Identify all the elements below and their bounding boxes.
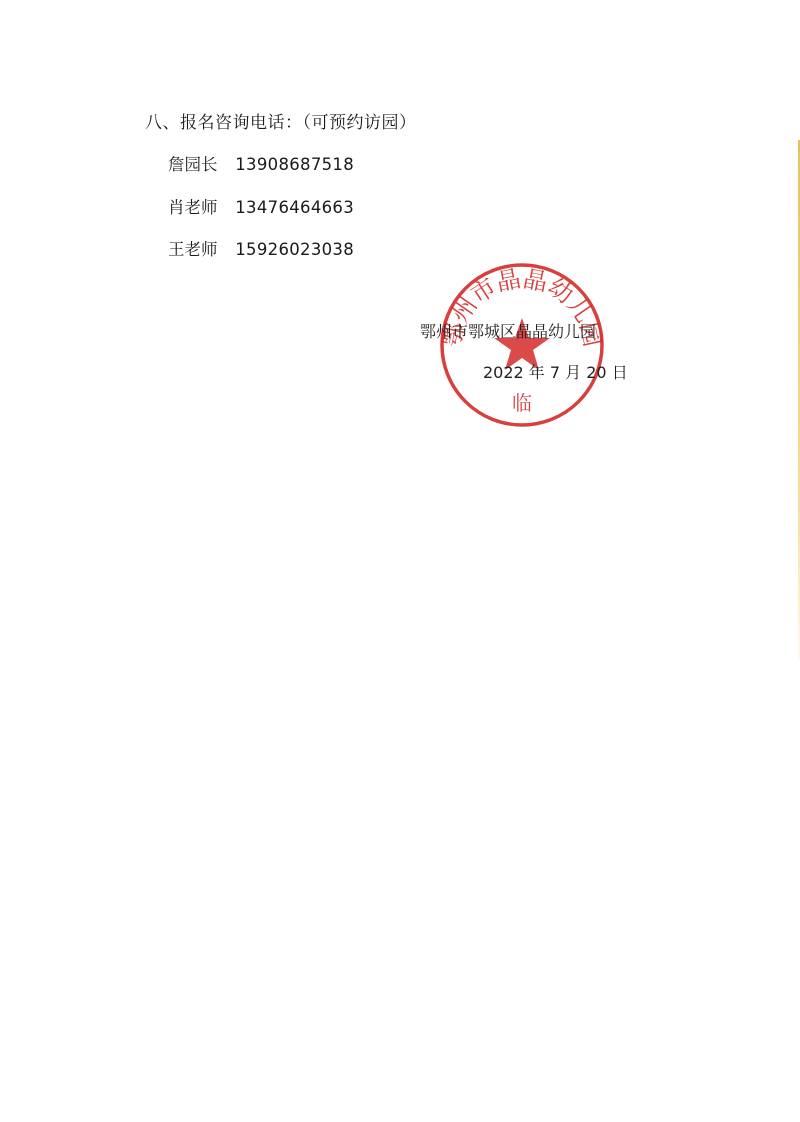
contact-phone[interactable]: 15926023038: [235, 240, 354, 259]
contact-phone[interactable]: 13908687518: [235, 155, 354, 174]
official-seal-stamp: 鄂州市晶晶幼儿园 临: [437, 260, 607, 430]
contact-row: 肖老师 13476464663: [168, 194, 354, 218]
signature-organization: 鄂州市鄂城区晶晶幼儿园: [420, 319, 596, 342]
stamp-bottom-text: 临: [512, 391, 532, 415]
contact-row: 詹园长 13908687518: [168, 151, 354, 175]
contact-name: 肖老师: [168, 194, 230, 218]
contact-phone[interactable]: 13476464663: [235, 198, 354, 217]
contact-name: 詹园长: [168, 151, 230, 175]
signature-date: 2022 年 7 月 20 日: [483, 360, 628, 383]
contact-row: 王老师 15926023038: [168, 236, 354, 260]
section-heading: 八、报名咨询电话：（可预约访园）: [145, 108, 417, 133]
contact-name: 王老师: [168, 236, 230, 260]
